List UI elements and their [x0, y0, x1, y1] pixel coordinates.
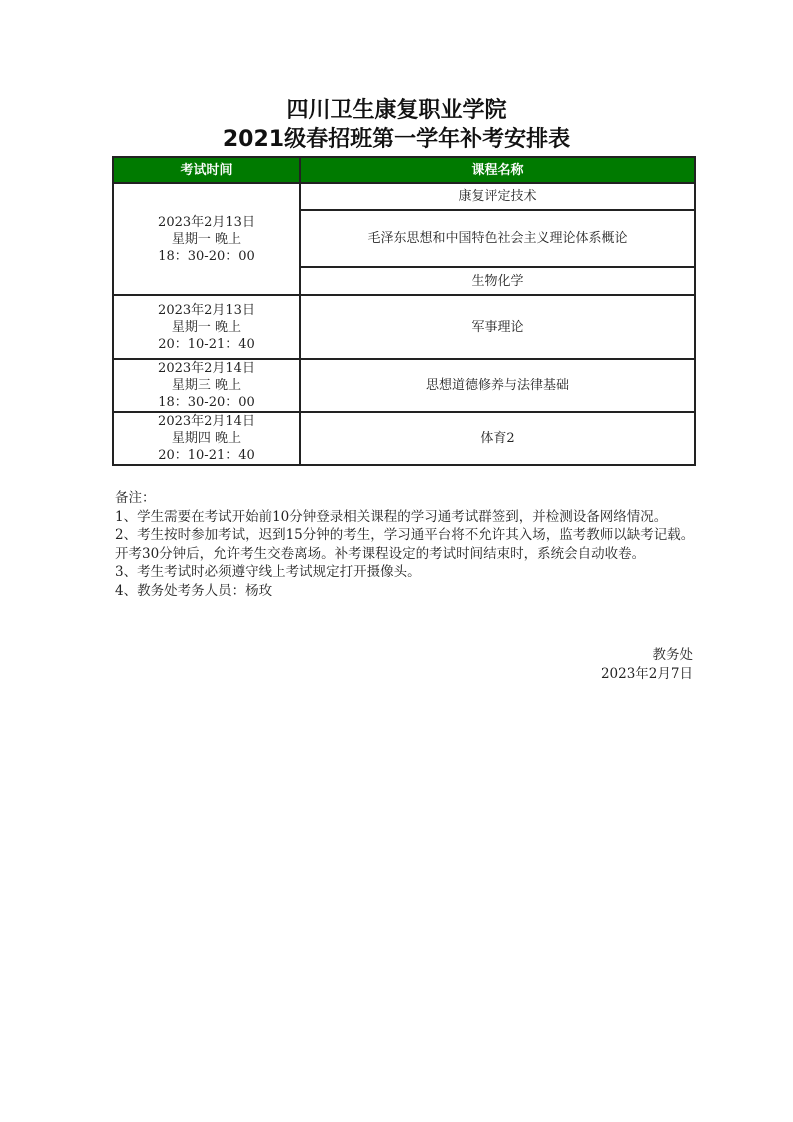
- exam-time-cell: 2023年2月13日 星期一 晚上 18：30-20：00: [113, 183, 300, 295]
- table-header-row: 考试时间 课程名称: [113, 157, 695, 183]
- course-name-cell: 军事理论: [300, 295, 695, 359]
- course-name-cell: 思想道德修养与法律基础: [300, 359, 695, 412]
- title-school-name: 四川卫生康复职业学院: [0, 96, 793, 125]
- note-item: 4、教务处考务人员：杨玫: [115, 582, 695, 601]
- notes-heading: 备注：: [115, 489, 695, 508]
- document-title: 四川卫生康复职业学院 2021级春招班第一学年补考安排表: [0, 96, 793, 154]
- course-name-cell: 康复评定技术: [300, 183, 695, 210]
- title-schedule-name: 2021级春招班第一学年补考安排表: [0, 125, 793, 154]
- note-item: 2、考生按时参加考试，迟到15分钟的考生，学习通平台将不允许其入场，监考教师以缺…: [115, 526, 695, 563]
- exam-day: 星期四 晚上: [114, 430, 299, 447]
- table-row: 2023年2月14日 星期三 晚上 18：30-20：00 思想道德修养与法律基…: [113, 359, 695, 412]
- exam-time-cell: 2023年2月14日 星期四 晚上 20：10-21：40: [113, 412, 300, 465]
- table-row: 2023年2月14日 星期四 晚上 20：10-21：40 体育2: [113, 412, 695, 465]
- signature-date: 2023年2月7日: [601, 665, 693, 684]
- course-name-cell: 毛泽东思想和中国特色社会主义理论体系概论: [300, 210, 695, 267]
- signature-department: 教务处: [601, 646, 693, 665]
- exam-date: 2023年2月13日: [114, 302, 299, 319]
- table-row: 2023年2月13日 星期一 晚上 18：30-20：00 康复评定技术: [113, 183, 695, 210]
- exam-date: 2023年2月14日: [114, 413, 299, 430]
- exam-time-range: 18：30-20：00: [114, 248, 299, 265]
- exam-date: 2023年2月13日: [114, 214, 299, 231]
- exam-day: 星期一 晚上: [114, 319, 299, 336]
- exam-date: 2023年2月14日: [114, 360, 299, 377]
- header-exam-time: 考试时间: [113, 157, 300, 183]
- signature-block: 教务处 2023年2月7日: [601, 646, 693, 684]
- exam-day: 星期三 晚上: [114, 377, 299, 394]
- exam-time-range: 18：30-20：00: [114, 394, 299, 411]
- exam-time-range: 20：10-21：40: [114, 447, 299, 464]
- notes-section: 备注： 1、学生需要在考试开始前10分钟登录相关课程的学习通考试群签到，并检测设…: [115, 489, 695, 600]
- course-name-cell: 生物化学: [300, 267, 695, 295]
- header-course-name: 课程名称: [300, 157, 695, 183]
- exam-time-range: 20：10-21：40: [114, 336, 299, 353]
- exam-time-cell: 2023年2月13日 星期一 晚上 20：10-21：40: [113, 295, 300, 359]
- exam-time-cell: 2023年2月14日 星期三 晚上 18：30-20：00: [113, 359, 300, 412]
- exam-day: 星期一 晚上: [114, 231, 299, 248]
- course-name-cell: 体育2: [300, 412, 695, 465]
- note-item: 1、学生需要在考试开始前10分钟登录相关课程的学习通考试群签到，并检测设备网络情…: [115, 508, 695, 527]
- note-item: 3、考生考试时必须遵守线上考试规定打开摄像头。: [115, 563, 695, 582]
- table-row: 2023年2月13日 星期一 晚上 20：10-21：40 军事理论: [113, 295, 695, 359]
- exam-schedule-table: 考试时间 课程名称 2023年2月13日 星期一 晚上 18：30-20：00 …: [112, 156, 696, 466]
